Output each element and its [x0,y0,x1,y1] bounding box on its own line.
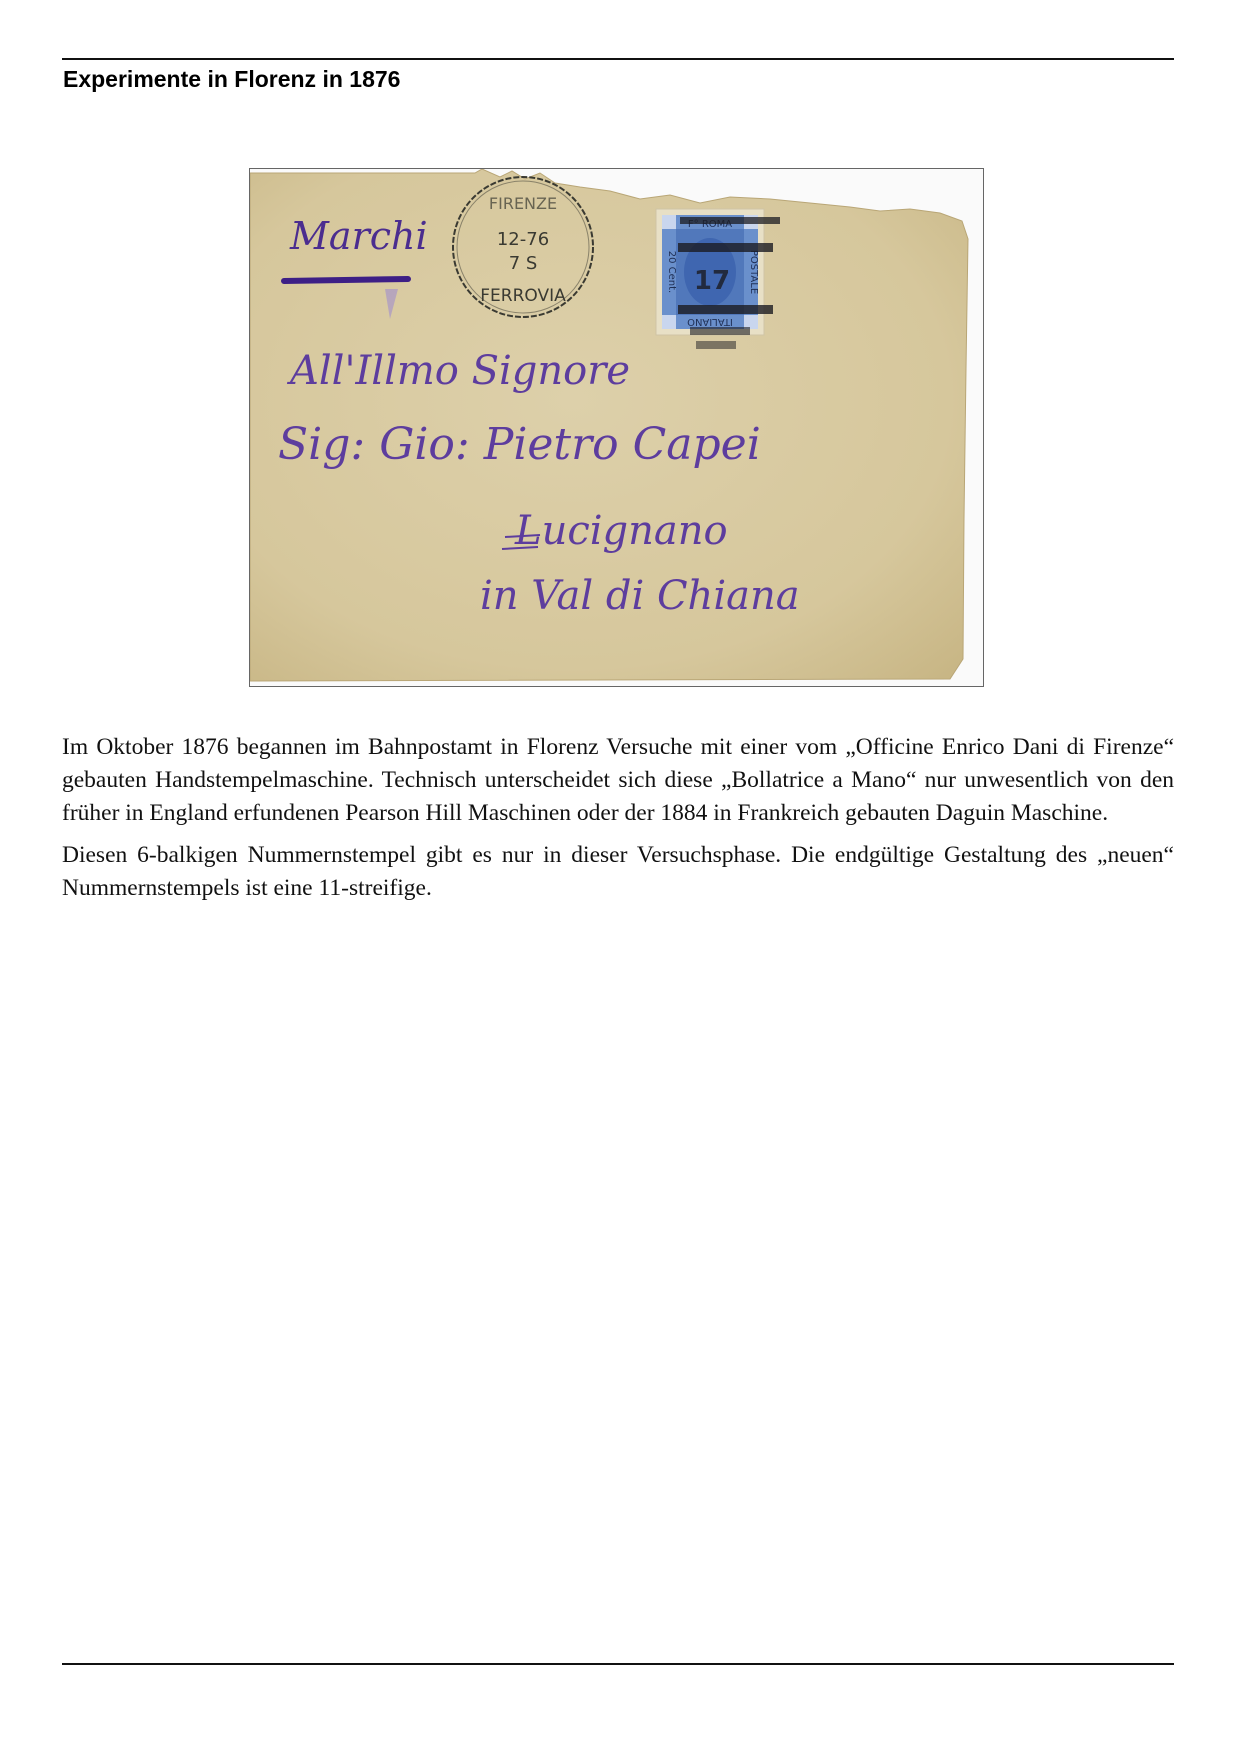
svg-text:FIRENZE: FIRENZE [489,194,557,213]
svg-text:17: 17 [694,266,730,296]
envelope-image: Marchi 12-76 7 S FERROVIA FIRENZE F° ROM… [249,168,984,687]
paragraph-2: Diesen 6-balkigen Nummernstempel gibt es… [62,839,1174,905]
handwriting-line3: Lucignano [514,508,728,554]
svg-text:12-76: 12-76 [497,229,549,250]
page-title: Experimente in Florenz in 1876 [63,66,400,93]
body-text: Im Oktober 1876 begannen im Bahnpostamt … [62,731,1174,914]
footer-rule [62,1663,1174,1665]
stamp-icon: F° ROMA ITALIANO 20 Cent. POSTALE 17 [656,209,780,349]
svg-text:7 S: 7 S [509,253,538,274]
svg-text:POSTALE: POSTALE [748,250,759,294]
handwriting-line2: Sig: Gio: Pietro Capei [278,419,761,470]
header-rule [62,58,1174,60]
svg-text:ITALIANO: ITALIANO [687,316,733,327]
handwriting-line1: All'Illmo Signore [286,348,630,394]
svg-text:FERROVIA: FERROVIA [480,286,566,306]
handwriting-marchi: Marchi [289,214,428,258]
svg-text:20 Cent.: 20 Cent. [666,251,677,293]
handwriting-line4: in Val di Chiana [480,573,800,619]
paragraph-1: Im Oktober 1876 begannen im Bahnpostamt … [62,731,1174,830]
